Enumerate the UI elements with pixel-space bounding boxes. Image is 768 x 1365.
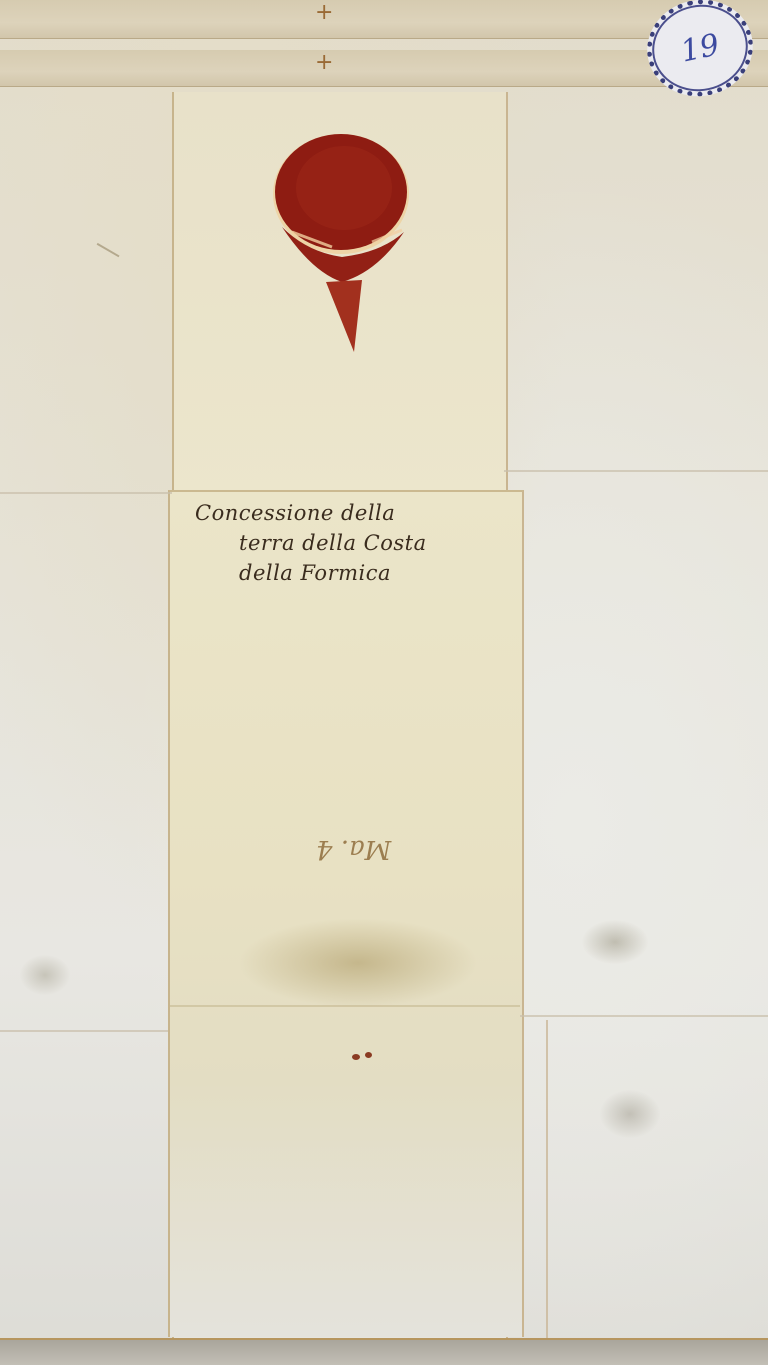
red-speck bbox=[352, 1054, 360, 1060]
upside-down-note: Ma. 4 bbox=[316, 834, 391, 864]
inscription-line: terra della Costa bbox=[195, 528, 495, 558]
cross-mark: + bbox=[315, 2, 333, 24]
wax-seal-icon bbox=[272, 132, 410, 354]
water-stain bbox=[582, 920, 648, 964]
fold-line bbox=[0, 492, 172, 494]
water-stain bbox=[600, 1090, 660, 1138]
cross-mark: + bbox=[315, 52, 333, 74]
fold-line bbox=[0, 1030, 168, 1032]
bottom-edge bbox=[0, 1338, 768, 1365]
inscription-line: della Formica bbox=[195, 558, 495, 588]
folded-flap-lower bbox=[168, 490, 524, 1337]
fold-line bbox=[504, 470, 768, 472]
fold-line bbox=[520, 1015, 768, 1017]
handwritten-inscription: Concessione della terra della Costa dell… bbox=[195, 498, 495, 588]
document-photo: + + — 19 Concessione della terra della C… bbox=[0, 0, 768, 1365]
water-stain bbox=[238, 918, 478, 1008]
archive-number: 19 bbox=[678, 27, 723, 69]
water-stain bbox=[20, 955, 70, 995]
pencil-mark: — bbox=[89, 227, 130, 270]
inscription-line: Concessione della bbox=[195, 498, 495, 528]
fold-line bbox=[546, 1020, 548, 1340]
red-speck bbox=[365, 1052, 372, 1058]
